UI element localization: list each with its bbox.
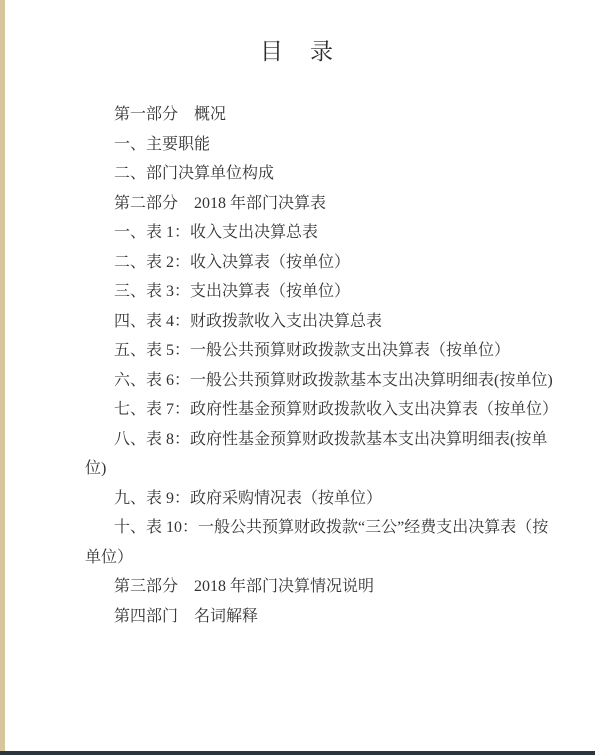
toc-list: 第一部分 概况 一、主要职能 二、部门决算单位构成 第二部分 2018 年部门决… bbox=[85, 100, 577, 631]
toc-line-part4: 第四部门 名词解释 bbox=[85, 602, 577, 632]
toc-line-item2: 二、部门决算单位构成 bbox=[85, 159, 577, 189]
document-page: 目 录 第一部分 概况 一、主要职能 二、部门决算单位构成 第二部分 2018 … bbox=[0, 0, 595, 755]
page-left-edge bbox=[0, 0, 5, 755]
toc-line-part2: 第二部分 2018 年部门决算表 bbox=[85, 189, 577, 219]
toc-line-item1: 一、主要职能 bbox=[85, 130, 577, 160]
toc-line-table7: 七、表 7：政府性基金预算财政拨款收入支出决算表（按单位） bbox=[85, 395, 577, 425]
toc-line-part3: 第三部分 2018 年部门决算情况说明 bbox=[85, 572, 577, 602]
toc-line-table3: 三、表 3：支出决算表（按单位） bbox=[85, 277, 577, 307]
toc-line-table10: 十、表 10：一般公共预算财政拨款“三公”经费支出决算表（按 bbox=[85, 513, 577, 543]
toc-line-table8: 八、表 8：政府性基金预算财政拨款基本支出决算明细表(按单 bbox=[85, 425, 577, 455]
toc-line-table10-cont: 单位） bbox=[85, 543, 577, 573]
toc-line-table2: 二、表 2：收入决算表（按单位） bbox=[85, 248, 577, 278]
toc-line-table8-cont: 位) bbox=[85, 454, 577, 484]
toc-line-table4: 四、表 4：财政拨款收入支出决算总表 bbox=[85, 307, 577, 337]
toc-line-table5: 五、表 5：一般公共预算财政拨款支出决算表（按单位） bbox=[85, 336, 577, 366]
toc-line-table6: 六、表 6：一般公共预算财政拨款基本支出决算明细表(按单位) bbox=[85, 366, 577, 396]
toc-line-table9: 九、表 9：政府采购情况表（按单位） bbox=[85, 484, 577, 514]
toc-line-table1: 一、表 1：收入支出决算总表 bbox=[85, 218, 577, 248]
toc-line-part1: 第一部分 概况 bbox=[85, 100, 577, 130]
page-title: 目 录 bbox=[0, 0, 595, 66]
page-bottom-edge bbox=[0, 751, 595, 755]
